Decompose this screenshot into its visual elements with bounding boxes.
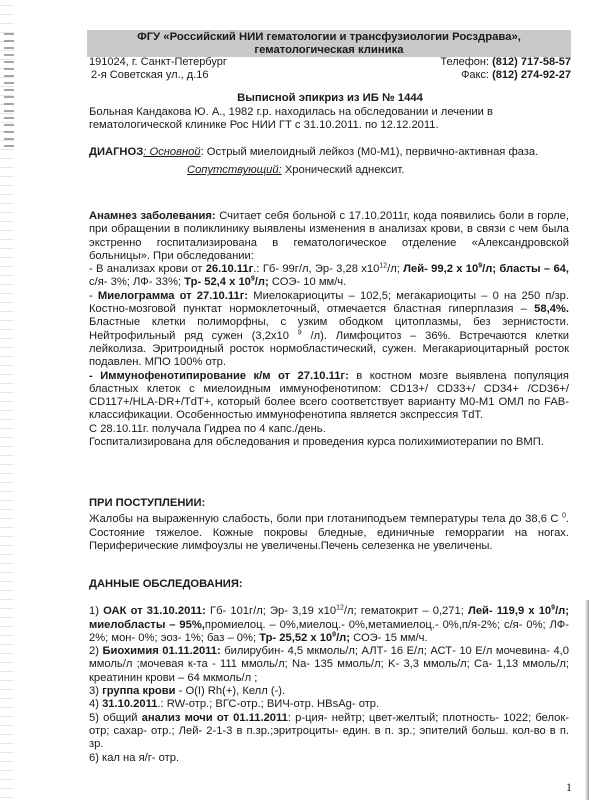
exam-section: ДАННЫЕ ОБСЛЕДОВАНИЯ: 1) ОАК от 31.10.201… <box>89 578 569 765</box>
infections-date: 31.10.2011 <box>102 698 157 710</box>
diagnosis-label: ДИАГНОЗ <box>89 146 143 158</box>
phone-value: (812) 717-58-57 <box>492 56 571 68</box>
admission-label: ПРИ ПОСТУПЛЕНИИ: <box>89 497 205 509</box>
diagnosis-main-label: : Основной <box>143 146 200 158</box>
item-num: 3) <box>89 685 102 697</box>
urinalysis-label: анализ мочи от 01.11.2011 <box>142 712 288 724</box>
phones: Телефон: (812) 717-58-57 Факс: (812) 274… <box>440 56 571 82</box>
esr-value: СОЭ- 10 мм/ч. <box>269 276 347 288</box>
address-street: 2-я Советская ул., д.16 <box>89 69 227 82</box>
diagnosis-secondary-label: Сопутствующий: <box>187 164 282 176</box>
exam-stool: 6) кал на я/г- отр. <box>89 752 569 765</box>
org-name: ФГУ «Российский НИИ гематологии и трансф… <box>137 31 521 43</box>
exam-heading: ДАННЫЕ ОБСЛЕДОВАНИЯ: <box>89 578 569 591</box>
leukocytes-text: Лей- 99,2 х 10 <box>403 263 478 275</box>
fax-value: (812) 274-92-27 <box>492 69 571 81</box>
myelogram-prefix: - <box>89 290 98 302</box>
blood-values-a: .: Гб- 99г/л, Эр- 3,28 х10 <box>253 263 379 275</box>
blood-values-c: с/я- 3%; ЛФ- 33%; <box>89 276 184 288</box>
exam-infections: 4) 31.10.2011.: RW-отр.; ВГС-отр.; ВИЧ-о… <box>89 698 569 711</box>
platelets-unit: /л; <box>255 276 269 288</box>
blood-date: 26.10.11г <box>206 263 254 275</box>
immunophenotyping: - Иммунофенотипирование к/м от 27.10.11г… <box>89 370 569 423</box>
admission-section: ПРИ ПОСТУПЛЕНИИ: Жалобы на выраженную сл… <box>89 497 569 553</box>
diagnosis-section: ДИАГНОЗ: Основной: Острый миелоидный лей… <box>89 146 569 178</box>
myelogram-blast-percent: 58,4%. <box>534 303 569 315</box>
myelogram-label: Миелограмма от 27.10.11г: <box>98 290 248 302</box>
diagnosis-secondary-text: Хронический аднексит. <box>282 164 405 176</box>
fax-label: Факс: <box>461 69 489 81</box>
intro-line-2: гематологической клинике Рос НИИ ГТ с 31… <box>89 119 569 132</box>
address-city: 191024, г. Санкт-Петербург <box>89 56 227 69</box>
blood-test-1: - В анализах крови от 26.10.11г.: Гб- 99… <box>89 263 569 290</box>
anamnesis-text: Анамнез заболевания: Считает себя больно… <box>89 210 569 263</box>
hydrea-treatment: С 28.10.11г. получала Гидреа по 4 капс./… <box>89 423 569 436</box>
platelets-text: Тр- 52,4 х 10 <box>184 276 251 288</box>
intro-line-1: Больная Кандакова Ю. А., 1982 г.р. наход… <box>89 106 569 119</box>
admission-text: Жалобы на выраженную слабость, боли при … <box>89 513 569 553</box>
leukocytes-unit: /л; <box>482 263 496 275</box>
admission-text-a: Жалобы на выраженную слабость, боли при … <box>89 513 562 525</box>
organization-header: ФГУ «Российский НИИ гематологии и трансф… <box>87 30 571 57</box>
cbc-platelets-text: Тр- 25,52 х 10 <box>259 632 332 644</box>
cbc-leukocytes-text: Лей- 119,9 х 10 <box>468 605 551 617</box>
diagnosis-main: ДИАГНОЗ: Основной: Острый миелоидный лей… <box>89 146 569 159</box>
anamnesis-section: Анамнез заболевания: Считает себя больно… <box>89 210 569 449</box>
diagnosis-secondary: Сопутствующий: Хронический аднексит. <box>89 164 569 177</box>
page-number: 1 <box>566 780 572 795</box>
exam-label: ДАННЫЕ ОБСЛЕДОВАНИЯ: <box>89 578 243 590</box>
phone-label: Телефон: <box>440 56 489 68</box>
anamnesis-label: Анамнез заболевания: <box>89 210 216 222</box>
scan-marks-artifact <box>4 30 14 150</box>
hospitalization-reason: Госпитализирована для обследования и про… <box>89 436 569 449</box>
biochemistry-label: Биохимия 01.11.2011: <box>102 645 220 657</box>
immunophenotyping-label: - Иммунофенотипирование к/м от 27.10.11г… <box>89 370 349 382</box>
cbc-label: ОАК от 31.10.2011: <box>103 605 206 617</box>
scan-right-shadow <box>585 600 589 800</box>
document-title: Выписной эпикриз из ИБ № 1444 <box>89 92 571 104</box>
fax: Факс: (812) 274-92-27 <box>440 69 571 82</box>
cbc-leukocytes-unit: /л; <box>555 605 569 617</box>
cbc-platelets-unit: /л; <box>336 632 350 644</box>
cbc-values-b: /л; гематокрит – 0,271; <box>344 605 468 617</box>
item-num: 2) <box>89 645 102 657</box>
org-department: гематологическая клиника <box>87 44 571 57</box>
item-num: 5) общий <box>89 712 142 724</box>
address: 191024, г. Санкт-Петербург 2-я Советская… <box>89 56 227 82</box>
diagnosis-main-text: : Острый миелоидный лейкоз (М0-М1), перв… <box>201 146 539 158</box>
cbc-esr: СОЭ- 15 мм/ч. <box>350 632 428 644</box>
blood-group-text: - O(I) Rh(+), Келл (-). <box>176 685 286 697</box>
exam-cbc: 1) ОАК от 31.10.2011: Гб- 101г/л; Эр- 3,… <box>89 605 569 645</box>
cbc-platelets: Тр- 25,52 х 109/л; <box>259 632 350 644</box>
platelets-value: Тр- 52,4 х 109/л; <box>184 276 269 288</box>
item-num: 1) <box>89 605 103 617</box>
exp-12: 12 <box>336 605 344 612</box>
blood-values-b: /л; <box>387 263 403 275</box>
exp-12: 12 <box>379 262 387 269</box>
exam-blood-group: 3) группа крови - O(I) Rh(+), Келл (-). <box>89 685 569 698</box>
cbc-myeloblasts: миелобласты – 95%, <box>89 619 205 631</box>
myelogram: - Миелограмма от 27.10.11г: Миелокариоци… <box>89 290 569 370</box>
blasts-value: бласты – 64, <box>499 263 569 275</box>
blood-prefix: - В анализах крови от <box>89 263 206 275</box>
patient-intro: Больная Кандакова Ю. А., 1982 г.р. наход… <box>89 106 569 133</box>
phone: Телефон: (812) 717-58-57 <box>440 56 571 69</box>
leukocytes-value: Лей- 99,2 х 109/л; <box>403 263 496 275</box>
blood-group-label: группа крови <box>102 685 175 697</box>
exam-biochemistry: 2) Биохимия 01.11.2011: билирубин- 4,5 м… <box>89 645 569 685</box>
admission-heading: ПРИ ПОСТУПЛЕНИИ: <box>89 497 569 510</box>
exam-urinalysis: 5) общий анализ мочи от 01.11.2011: р-ци… <box>89 712 569 752</box>
item-num: 4) <box>89 698 102 710</box>
cbc-values-a: Гб- 101г/л; Эр- 3,19 х10 <box>206 605 336 617</box>
infections-text: .: RW-отр.; ВГС-отр.; ВИЧ-отр. HBsAg- от… <box>157 698 379 710</box>
